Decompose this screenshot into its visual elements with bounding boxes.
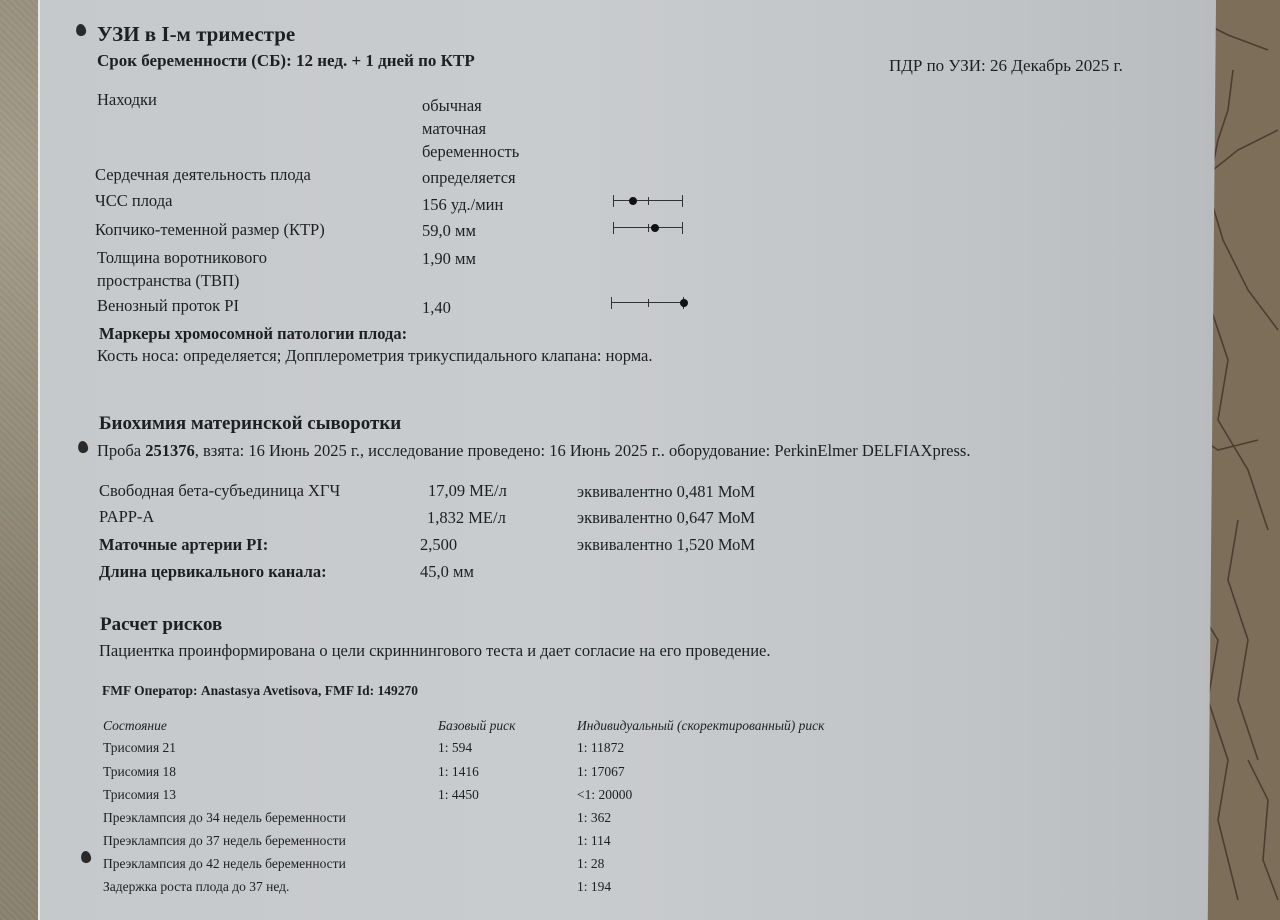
sample-id: 251376 <box>145 441 195 460</box>
pappa-value: 1,832 МЕ/л <box>427 508 506 528</box>
risk-individual: 1: 114 <box>577 833 611 849</box>
risk-condition: Трисомия 13 <box>103 787 176 803</box>
markers-text: Кость носа: определяется; Допплерометрия… <box>97 346 652 366</box>
consent-text: Пациентка проинформирована о цели скринн… <box>99 641 771 661</box>
nt-label: Толщина воротникового пространства (ТВП) <box>97 246 267 292</box>
fetal-heart-activity-label: Сердечная деятельность плода <box>95 165 311 185</box>
fetal-heart-rate-value: 156 уд./мин <box>422 195 503 215</box>
hcg-mom: эквивалентно 0,481 МоМ <box>577 482 755 502</box>
fmf-operator: FMF Оператор: Anastasya Avetisova, FMF I… <box>102 683 418 699</box>
risk-condition: Преэклампсия до 34 недель беременности <box>103 810 346 826</box>
risk-condition: Преэклампсия до 37 недель беременности <box>103 833 346 849</box>
crl-range-chart <box>613 222 683 234</box>
risk-condition: Трисомия 18 <box>103 764 176 780</box>
cervical-length-value: 45,0 мм <box>420 562 474 582</box>
findings-label: Находки <box>97 90 157 110</box>
background-surface-left <box>0 0 40 920</box>
ductus-venosus-range-chart <box>611 297 684 309</box>
crl-label: Копчико-теменной размер (КТР) <box>95 220 325 240</box>
findings-value: обычная маточная беременность <box>422 94 519 163</box>
ductus-venosus-label: Венозный проток PI <box>97 296 239 316</box>
risk-individual: <1: 20000 <box>577 787 632 803</box>
uterine-arteries-value: 2,500 <box>420 535 457 555</box>
risk-condition: Трисомия 21 <box>103 740 176 756</box>
ductus-venosus-value: 1,40 <box>422 298 451 318</box>
gestational-age: Срок беременности (СБ): 12 нед. + 1 дней… <box>97 51 475 71</box>
uterine-arteries-mom: эквивалентно 1,520 МоМ <box>577 535 755 555</box>
due-date: ПДР по УЗИ: 26 Декабрь 2025 г. <box>889 56 1123 76</box>
ultrasound-section-title: УЗИ в I-м триместре <box>97 22 295 47</box>
fetal-heart-activity-value: определяется <box>422 168 516 188</box>
pappa-label: PAPP-A <box>99 507 154 527</box>
risk-header-condition: Состояние <box>103 718 167 734</box>
hcg-value: 17,09 МЕ/л <box>428 481 507 501</box>
nt-value: 1,90 мм <box>422 249 476 269</box>
risk-base: 1: 1416 <box>438 764 479 780</box>
cervical-length-label: Длина цервикального канала: <box>99 562 327 582</box>
crl-value: 59,0 мм <box>422 221 476 241</box>
risk-condition: Задержка роста плода до 37 нед. <box>103 879 289 895</box>
markers-title: Маркеры хромосомной патологии плода: <box>99 324 407 344</box>
risk-individual: 1: 362 <box>577 810 611 826</box>
risk-individual: 1: 28 <box>577 856 604 872</box>
biochemistry-section-title: Биохимия материнской сыворотки <box>99 413 401 435</box>
risk-individual: 1: 11872 <box>577 740 624 756</box>
fetal-heart-rate-range-chart <box>613 195 683 207</box>
risk-individual: 1: 194 <box>577 879 611 895</box>
risk-condition: Преэклампсия до 42 недель беременности <box>103 856 346 872</box>
fetal-heart-rate-label: ЧСС плода <box>95 191 172 211</box>
pappa-mom: эквивалентно 0,647 МоМ <box>577 508 755 528</box>
risk-base: 1: 4450 <box>438 787 479 803</box>
risk-header-individual: Индивидуальный (скоректированный) риск <box>577 718 824 734</box>
sample-info: Проба 251376, взята: 16 Июнь 2025 г., ис… <box>97 441 970 461</box>
risk-individual: 1: 17067 <box>577 764 625 780</box>
risk-header-base: Базовый риск <box>438 718 516 734</box>
risk-section-title: Расчет рисков <box>100 614 222 636</box>
uterine-arteries-label: Маточные артерии PI: <box>99 535 268 555</box>
risk-base: 1: 594 <box>438 740 472 756</box>
hcg-label: Свободная бета-субъединица ХГЧ <box>99 481 340 501</box>
